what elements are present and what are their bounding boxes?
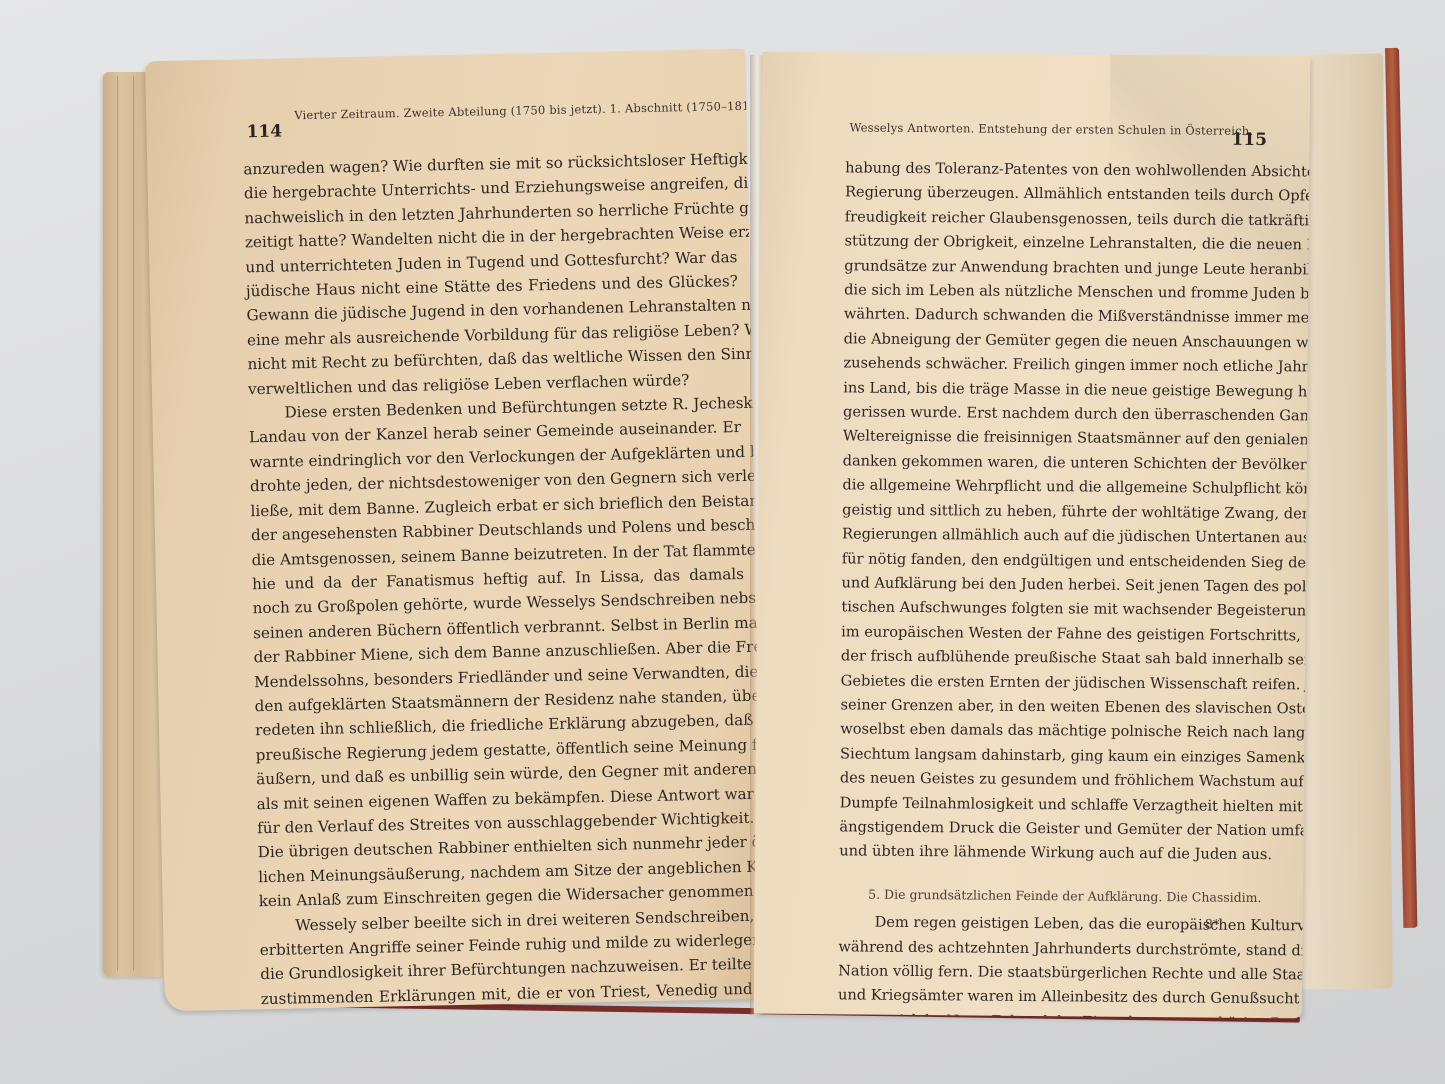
- running-head-left: Vierter Zeitraum. Zweite Abteilung (1750…: [294, 98, 765, 122]
- text-line: und Kriegsämter waren im Alleinbesitz de…: [838, 984, 1290, 1012]
- text-line: Dem regen geistigen Leben, das die europ…: [839, 911, 1291, 939]
- text-line: die allgemeine Wehrpflicht und die allge…: [842, 474, 1294, 502]
- page-number-left: 114: [246, 122, 282, 143]
- running-head-right: Wesselys Antworten. Entstehung der erste…: [849, 120, 1253, 138]
- text-line: tischen Aufschwunges folgten sie mit wac…: [841, 596, 1293, 624]
- right-page: Wesselys Antworten. Entstehung der erste…: [754, 52, 1310, 1019]
- text-line: zusehends schwächer. Freilich gingen imm…: [843, 352, 1295, 380]
- text-line: und übten ihre lähmende Wirkung auch auf…: [839, 840, 1291, 868]
- section-heading: 5. Die grundsätzlichen Feinde der Aufklä…: [839, 882, 1291, 910]
- page-number-right: 115: [1231, 130, 1267, 150]
- text-line: währten. Dadurch schwanden die Mißverstä…: [844, 303, 1296, 331]
- text-line: Regierungen allmählich auch auf die jüdi…: [842, 522, 1294, 550]
- right-page-body: habung des Toleranz-Patentes von den woh…: [837, 156, 1297, 1018]
- left-page-body: anzureden wagen? Wie durften sie mit so …: [243, 147, 754, 1011]
- left-page: 114 Vierter Zeitraum. Zweite Abteilung (…: [145, 49, 765, 1011]
- text-line: woselbst eben damals das mächtige polnis…: [840, 718, 1292, 746]
- text-line: Regierung überzeugen. Allmählich entstan…: [845, 181, 1297, 209]
- text-line: des neuen Geistes zu gesundem und fröhli…: [840, 766, 1292, 794]
- text-line: der frisch aufblühende preußische Staat …: [841, 644, 1293, 672]
- text-line: stützung der Obrigkeit, einzelne Lehrans…: [844, 230, 1296, 258]
- signature-mark: 8*: [1205, 918, 1220, 933]
- text-line: Weltereignisse die freisinnigen Staatsmä…: [843, 425, 1295, 453]
- open-book: 114 Vierter Zeitraum. Zweite Abteilung (…: [0, 0, 1445, 1084]
